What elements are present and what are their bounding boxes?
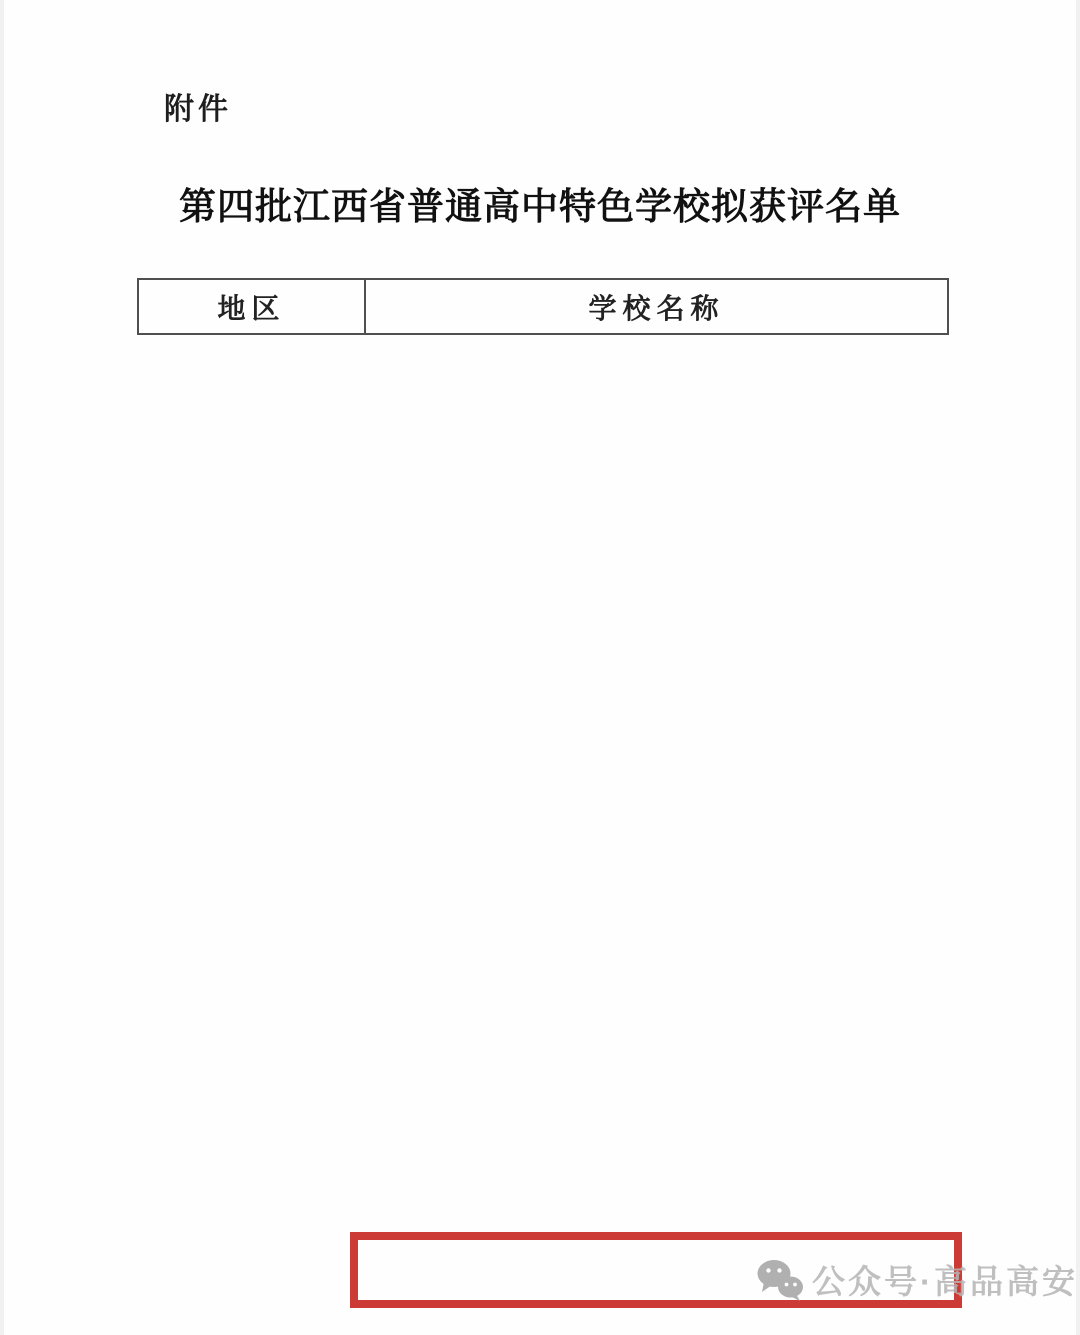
watermark-text: 公众号·高品高安 — [812, 1256, 1078, 1303]
table-header-row: 地区 学校名称 — [138, 279, 948, 334]
school-table: 地区 学校名称 — [137, 278, 949, 335]
wechat-icon — [756, 1258, 804, 1302]
attachment-label: 附件 — [164, 84, 232, 128]
watermark: 公众号·高品高安 — [756, 1256, 1078, 1303]
header-school-name: 学校名称 — [365, 279, 948, 334]
document-page: 附件 第四批江西省普通高中特色学校拟获评名单 地区 学校名称 — [0, 0, 1080, 1335]
page-title: 第四批江西省普通高中特色学校拟获评名单 — [4, 176, 1076, 230]
header-region: 地区 — [138, 279, 365, 334]
table-header: 地区 学校名称 — [138, 279, 948, 334]
